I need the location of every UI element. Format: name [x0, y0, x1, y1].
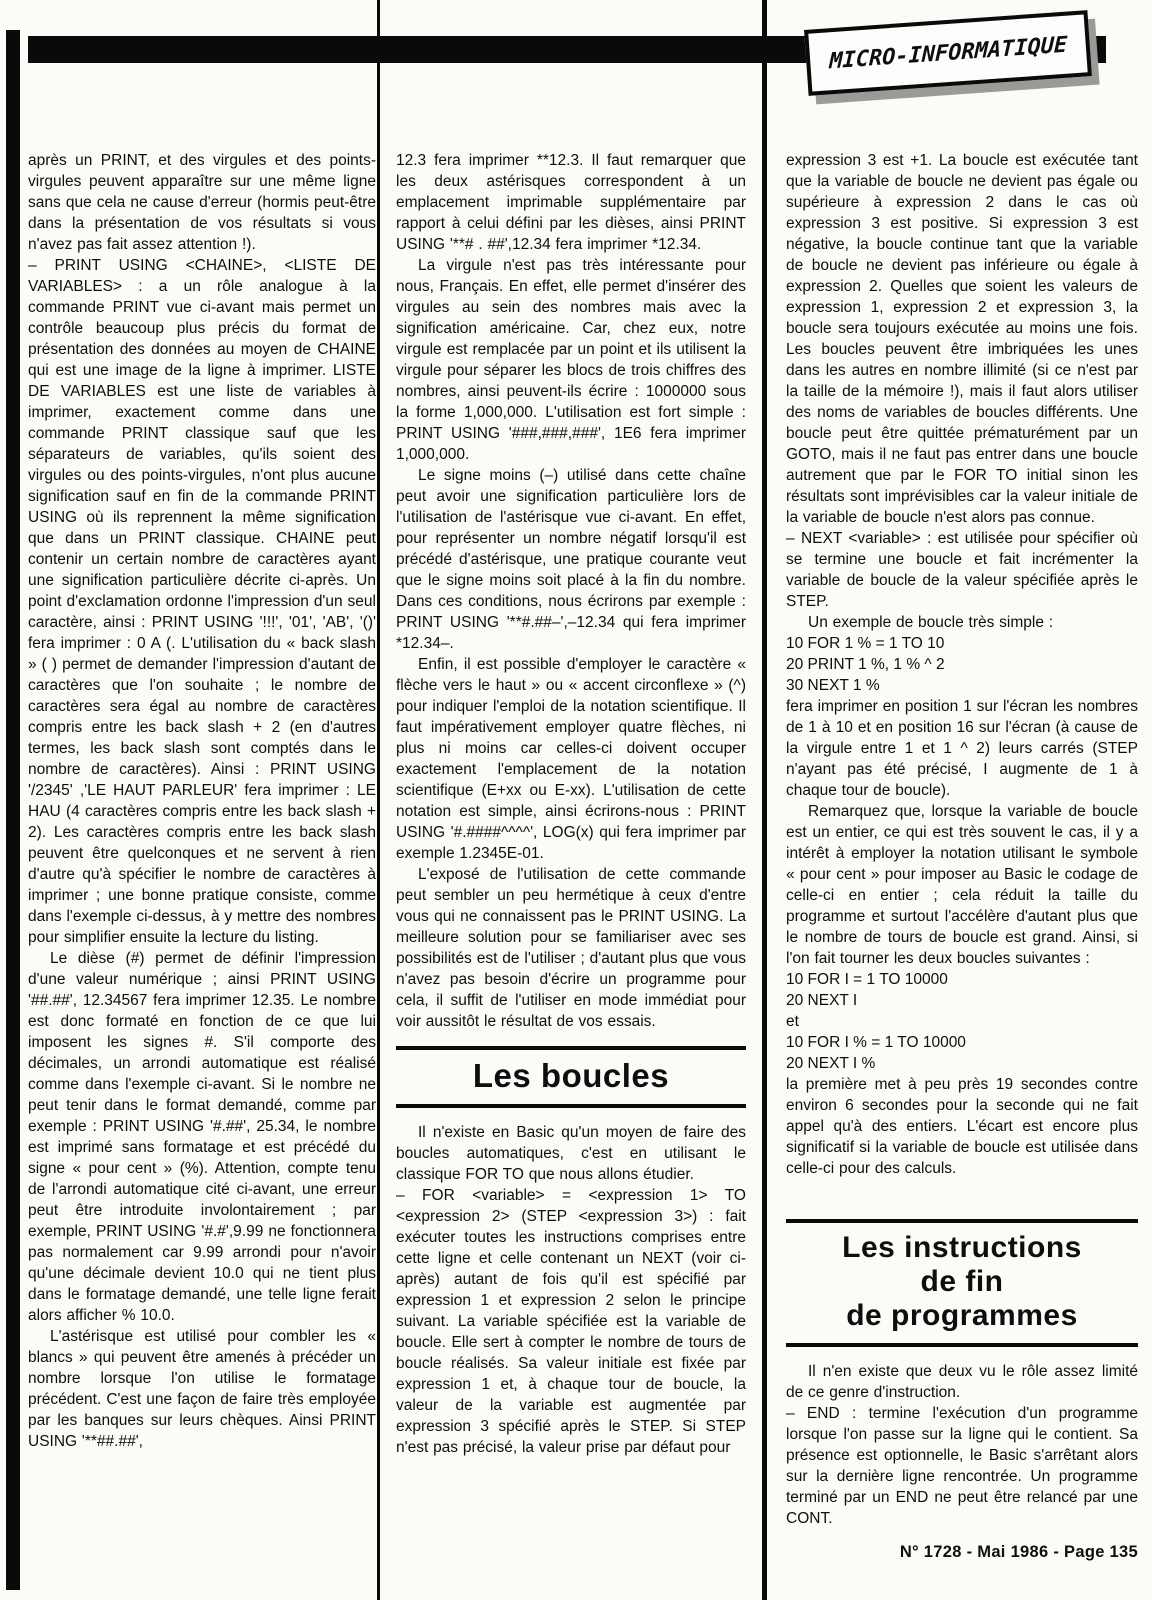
- code-line: et: [786, 1011, 1138, 1032]
- paragraph: Un exemple de boucle très simple :: [786, 612, 1138, 633]
- paragraph: Le dièse (#) permet de définir l'impress…: [28, 948, 376, 1326]
- column-1: après un PRINT, et des virgules et des p…: [28, 150, 376, 1452]
- section-heading-les-boucles: Les boucles: [396, 1046, 746, 1108]
- section-title-line: de fin: [786, 1265, 1138, 1299]
- masthead-logo: MICRO-INFORMATIQUE: [804, 10, 1092, 96]
- paragraph: La virgule n'est pas très intéressante p…: [396, 255, 746, 465]
- paragraph: L'astérisque est utilisé pour combler le…: [28, 1326, 376, 1452]
- paragraph: Enfin, il est possible d'employer le car…: [396, 654, 746, 864]
- code-line: 10 FOR I = 1 TO 10000: [786, 969, 1138, 990]
- paragraph: Le signe moins (–) utilisé dans cette ch…: [396, 465, 746, 654]
- section-title-line: de programmes: [786, 1299, 1138, 1333]
- paragraph: après un PRINT, et des virgules et des p…: [28, 150, 376, 255]
- magazine-page: MICRO-INFORMATIQUE après un PRINT, et de…: [0, 0, 1152, 1600]
- code-line: 10 FOR 1 % = 1 TO 10: [786, 633, 1138, 654]
- paragraph: 12.3 fera imprimer **12.3. Il faut remar…: [396, 150, 746, 255]
- section-title: Les boucles: [396, 1058, 746, 1094]
- page-footer: N° 1728 - Mai 1986 - Page 135: [786, 1543, 1138, 1562]
- column-3: expression 3 est +1. La boucle est exécu…: [786, 150, 1138, 1562]
- paragraph: la première met à peu près 19 secondes c…: [786, 1074, 1138, 1179]
- section-title-line: Les instructions: [786, 1231, 1138, 1265]
- paragraph: Remarquez que, lorsque la variable de bo…: [786, 801, 1138, 969]
- paragraph: Il n'existe en Basic qu'un moyen de fair…: [396, 1122, 746, 1185]
- masthead-title: MICRO-INFORMATIQUE: [829, 32, 1068, 74]
- paragraph: Il n'en existe que deux vu le rôle assez…: [786, 1361, 1138, 1403]
- left-border-bar: [6, 30, 20, 1590]
- column-divider-1: [377, 0, 380, 1600]
- paragraph: expression 3 est +1. La boucle est exécu…: [786, 150, 1138, 528]
- column-2: 12.3 fera imprimer **12.3. Il faut remar…: [396, 150, 746, 1458]
- paragraph: – PRINT USING <CHAINE>, <LISTE DE VARIAB…: [28, 255, 376, 948]
- section-heading-fin-de-programmes: Les instructions de fin de programmes: [786, 1219, 1138, 1347]
- paragraph: fera imprimer en position 1 sur l'écran …: [786, 696, 1138, 801]
- paragraph: – END : termine l'exécution d'un program…: [786, 1403, 1138, 1529]
- paragraph: L'exposé de l'utilisation de cette comma…: [396, 864, 746, 1032]
- paragraph: – FOR <variable> = <expression 1> TO <ex…: [396, 1185, 746, 1458]
- paragraph: – NEXT <variable> : est utilisée pour sp…: [786, 528, 1138, 612]
- code-line: 20 PRINT 1 %, 1 % ^ 2: [786, 654, 1138, 675]
- code-line: 30 NEXT 1 %: [786, 675, 1138, 696]
- code-line: 20 NEXT I %: [786, 1053, 1138, 1074]
- code-line: 20 NEXT I: [786, 990, 1138, 1011]
- column-divider-2: [762, 0, 767, 1600]
- code-line: 10 FOR I % = 1 TO 10000: [786, 1032, 1138, 1053]
